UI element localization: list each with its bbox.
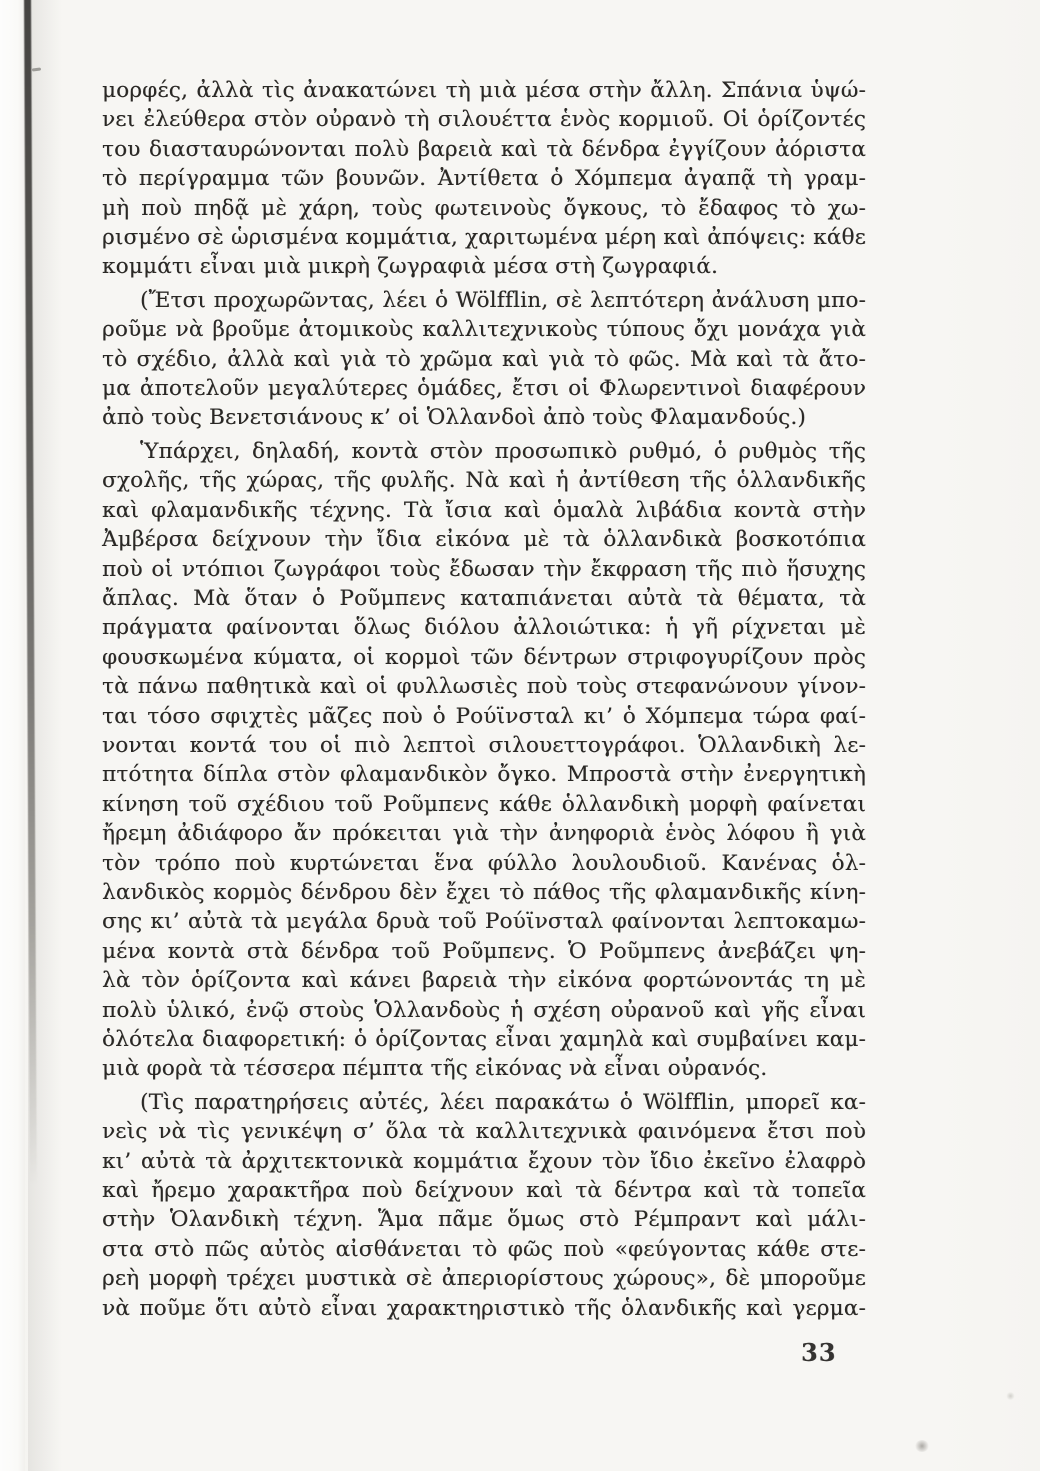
text-line: μὴ ποὺ πηδᾷ μὲ χάρη, τοὺς φωτεινοὺς ὄγκο…: [102, 194, 866, 223]
text-line: ἄπλας. Μὰ ὅταν ὁ Ροῦμπενς καταπιάνεται α…: [102, 584, 866, 613]
text-line: καὶ ἤρεμο χαρακτῆρα ποὺ δείχνουν καὶ τὰ …: [102, 1176, 866, 1205]
text-block: μορφές, ἀλλὰ τὶς ἀνακατώνει τὴ μιὰ μέσα …: [102, 76, 866, 1323]
ink-speck: [1006, 1392, 1015, 1400]
text-line: πτότητα δίπλα στὸν φλαμανδικὸν ὄγκο. Μπρ…: [102, 760, 866, 789]
text-line: νὰ ποῦμε ὅτι αὐτὸ εἶναι χαρακτηριστικὸ τ…: [102, 1294, 866, 1323]
paragraph: Ὑπάρχει, δηλαδή, κοντὰ στὸν προσωπικὸ ρυ…: [102, 437, 866, 1084]
text-line: (Τὶς παρατηρήσεις αὐτές, λέει παρακάτω ὁ…: [102, 1088, 866, 1117]
text-line: τὸ σχέδιο, ἀλλὰ καὶ γιὰ τὸ χρῶμα καὶ γιὰ…: [102, 345, 866, 374]
text-line: τὰ πάνω παθητικὰ καὶ οἱ φυλλωσιὲς ποὺ το…: [102, 672, 866, 701]
text-line: ροῦμε νὰ βροῦμε ἀτομικοὺς καλλιτεχνικοὺς…: [102, 315, 866, 344]
scanned-book-page: { "page": { "number": "33", "background_…: [0, 0, 1040, 1471]
text-line: σχολῆς, τῆς χώρας, τῆς φυλῆς. Νὰ καὶ ἡ ἀ…: [102, 466, 866, 495]
paragraph: (Τὶς παρατηρήσεις αὐτές, λέει παρακάτω ὁ…: [102, 1088, 866, 1323]
text-line: καὶ φλαμανδικῆς τέχνης. Τὰ ἴσια καὶ ὁμαλ…: [102, 496, 866, 525]
text-line: στα στὸ πῶς αὐτὸς αἰσθάνεται τὸ φῶς ποὺ …: [102, 1235, 866, 1264]
text-line: ποὺ οἱ ντόπιοι ζωγράφοι τοὺς ἔδωσαν τὴν …: [102, 555, 866, 584]
text-line: μένα κοντὰ στὰ δένδρα τοῦ Ροῦμπενς. Ὁ Ρο…: [102, 937, 866, 966]
paragraph: (Ἔτσι προχωρῶντας, λέει ὁ Wölfflin, σὲ λ…: [102, 286, 866, 433]
text-line: κίνηση τοῦ σχέδιου τοῦ Ροῦμπενς κάθε ὁλλ…: [102, 790, 866, 819]
text-line: πολὺ ὑλικό, ἐνῷ στοὺς Ὁλλανδοὺς ἡ σχέση …: [102, 996, 866, 1025]
text-line: μιὰ φορὰ τὰ τέσσερα πέμπτα τῆς εἰκόνας ν…: [102, 1054, 866, 1083]
page-number: 33: [801, 1338, 836, 1367]
text-line: στὴν Ὁλανδικὴ τέχνη. Ἅμα πᾶμε ὅμως στὸ Ρ…: [102, 1205, 866, 1234]
text-line: τὸ περίγραμμα τῶν βουνῶν. Ἀντίθετα ὁ Χόμ…: [102, 164, 866, 193]
text-line: νονται κοντά του οἱ πιὸ λεπτοὶ σιλουεττο…: [102, 731, 866, 760]
text-line: ἤρεμη ἀδιάφορο ἄν πρόκειται γιὰ τὴν ἀνηφ…: [102, 819, 866, 848]
text-line: κομμάτι εἶναι μιὰ μικρὴ ζωγραφιὰ μέσα στ…: [102, 252, 866, 281]
text-line: νει ἐλεύθερα στὸν οὐρανὸ τὴ σιλουέττα ἑν…: [102, 105, 866, 134]
text-line: νεὶς νὰ τὶς γενικέψη σ’ ὅλα τὰ καλλιτεχν…: [102, 1117, 866, 1146]
text-line: λὰ τὸν ὁρίζοντα καὶ κάνει βαρειὰ τὴν εἰκ…: [102, 966, 866, 995]
text-line: φουσκωμένα κύματα, οἱ κορμοὶ τῶν δέντρων…: [102, 643, 866, 672]
text-line: ται τόσο σφιχτὲς μᾶζες ποὺ ὁ Ρούϊνσταλ κ…: [102, 702, 866, 731]
text-line: μορφές, ἀλλὰ τὶς ἀνακατώνει τὴ μιὰ μέσα …: [102, 76, 866, 105]
text-line: ρεὴ μορφὴ τρέχει μυστικὰ σὲ ἀπεριορίστου…: [102, 1264, 866, 1293]
text-line: μα ἀποτελοῦν μεγαλύτερες ὁμάδες, ἔτσι οἱ…: [102, 374, 866, 403]
text-line: του διασταυρώνονται πολὺ βαρειὰ καὶ τὰ δ…: [102, 135, 866, 164]
page-edge-strip: [0, 0, 25, 1471]
text-line: Ἀμβέρσα δείχνουν τὴν ἴδια εἰκόνα μὲ τὰ ὁ…: [102, 525, 866, 554]
text-line: κι’ αὐτὰ τὰ ἀρχιτεκτονικὰ κομμάτια ἔχουν…: [102, 1147, 866, 1176]
text-line: ἀπὸ τοὺς Βενετσιάνους κ’ οἱ Ὁλλανδοὶ ἀπὸ…: [102, 403, 866, 432]
text-line: πράγματα φαίνονται ὅλως διόλου ἀλλοιώτικ…: [102, 613, 866, 642]
ink-speck: [915, 1440, 929, 1452]
text-line: λανδικὸς κορμὸς δένδρου δὲν ἔχει τὸ πάθο…: [102, 878, 866, 907]
text-line: ρισμένο σὲ ὡρισμένα κομμάτια, χαριτωμένα…: [102, 223, 866, 252]
text-line: (Ἔτσι προχωρῶντας, λέει ὁ Wölfflin, σὲ λ…: [102, 286, 866, 315]
text-line: Ὑπάρχει, δηλαδή, κοντὰ στὸν προσωπικὸ ρυ…: [102, 437, 866, 466]
text-line: ὁλότελα διαφορετική: ὁ ὁρίζοντας εἶναι χ…: [102, 1025, 866, 1054]
paragraph: μορφές, ἀλλὰ τὶς ἀνακατώνει τὴ μιὰ μέσα …: [102, 76, 866, 282]
text-line: σης κι’ αὐτὰ τὰ μεγάλα δρυὰ τοῦ Ρούϊνστα…: [102, 907, 866, 936]
text-line: τὸν τρόπο ποὺ κυρτώνεται ἕνα φύλλο λουλο…: [102, 849, 866, 878]
